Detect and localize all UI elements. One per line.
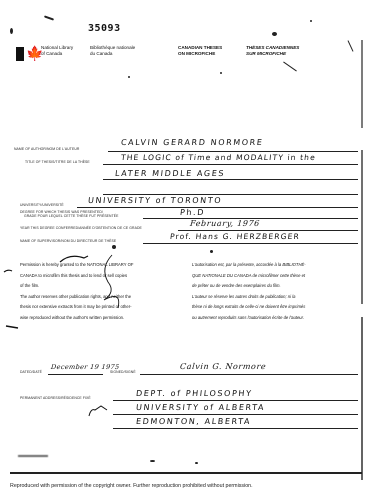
address-line-2 bbox=[113, 414, 358, 415]
scan-speck bbox=[283, 62, 297, 72]
university-label: UNIVERSITY/UNIVERSITÉ bbox=[20, 203, 64, 207]
scan-speck bbox=[310, 20, 312, 22]
permission-fr: L'autorisation est, par la présente, acc… bbox=[192, 260, 357, 323]
scan-edge-right bbox=[361, 40, 363, 480]
institution-fr: Bibliothèque nationale du Canada bbox=[90, 45, 135, 57]
signed-line bbox=[140, 374, 358, 375]
title-value-line-2: LATER MIDDLE AGES bbox=[115, 169, 226, 178]
scan-speck bbox=[272, 32, 277, 36]
signature: Calvin G. Normore bbox=[180, 362, 267, 371]
title-label: TITLE OF THESIS/TITRE DE LA THÈSE bbox=[25, 160, 90, 164]
degree-label-line-2: GRADE POUR LEQUEL CETTE THÈSE FUT PRÉSEN… bbox=[24, 214, 118, 218]
scan-speck bbox=[210, 250, 213, 253]
title-line-1 bbox=[103, 164, 358, 165]
year-value: February, 1976 bbox=[190, 219, 261, 228]
scan-speck bbox=[44, 15, 54, 20]
dated-line bbox=[48, 374, 103, 375]
dated-label: DATED/DATÉ bbox=[20, 370, 42, 374]
copyright-footer: Reproduced with permission of the copyri… bbox=[10, 483, 253, 489]
supervisor-line bbox=[143, 243, 358, 244]
institution-en: National Library of Canada bbox=[41, 45, 73, 57]
author-label: NAME OF AUTHOR/NOM DE L'AUTEUR bbox=[14, 147, 79, 151]
title-line-2 bbox=[103, 179, 358, 180]
supervisor-value: Prof. Hans G. HERZBERGER bbox=[170, 232, 301, 241]
scan-edge-bottom bbox=[10, 472, 362, 474]
address-value-line-3: EDMONTON, ALBERTA bbox=[136, 417, 252, 426]
address-value-line-1: DEPT. of PHILOSOPHY bbox=[136, 389, 253, 398]
scan-speck bbox=[220, 72, 222, 74]
year-label: YEAR THIS DEGREE CONFERRED/ANNÉE D'OBTEN… bbox=[20, 226, 142, 230]
supervisor-label: NAME OF SUPERVISOR/NOM DU DIRECTEUR DE T… bbox=[20, 239, 116, 243]
address-line-3 bbox=[113, 428, 358, 429]
address-label: PERMANENT ADDRESS/RÉSIDENCE FIXÉ bbox=[20, 396, 91, 400]
scan-speck bbox=[128, 76, 130, 78]
pen-mark-icon bbox=[85, 400, 115, 420]
university-value: UNIVERSITY of TORONTO bbox=[88, 196, 223, 205]
year-line bbox=[178, 230, 358, 231]
signed-label: SIGNED/SIGNÉ bbox=[110, 370, 136, 374]
author-line bbox=[108, 151, 358, 152]
address-line-1 bbox=[113, 400, 358, 401]
program-fr: THÈSES CANADIENNES SUR MICROFICHE bbox=[246, 45, 299, 57]
title-value-line-1: THE LOGIC of Time and MODALITY in the bbox=[121, 153, 317, 162]
pen-scribble-icon bbox=[0, 250, 190, 330]
scan-speck bbox=[112, 245, 116, 249]
form-code-smudge bbox=[18, 455, 48, 457]
university-line bbox=[77, 207, 358, 208]
scan-speck bbox=[195, 462, 198, 464]
scan-speck bbox=[348, 40, 354, 51]
degree-value: Ph.D bbox=[180, 208, 206, 217]
document-number: 35093 bbox=[88, 23, 121, 34]
program-en: CANADIAN THESES ON MICROFICHE bbox=[178, 45, 222, 57]
address-value-line-2: UNIVERSITY of ALBERTA bbox=[136, 403, 266, 412]
canada-flag-maple-leaf-icon: 🍁 bbox=[16, 47, 40, 61]
author-value: CALVIN GERARD NORMORE bbox=[121, 138, 264, 147]
scan-speck bbox=[150, 460, 155, 462]
scan-speck bbox=[10, 28, 13, 34]
title-line-3 bbox=[103, 194, 358, 195]
